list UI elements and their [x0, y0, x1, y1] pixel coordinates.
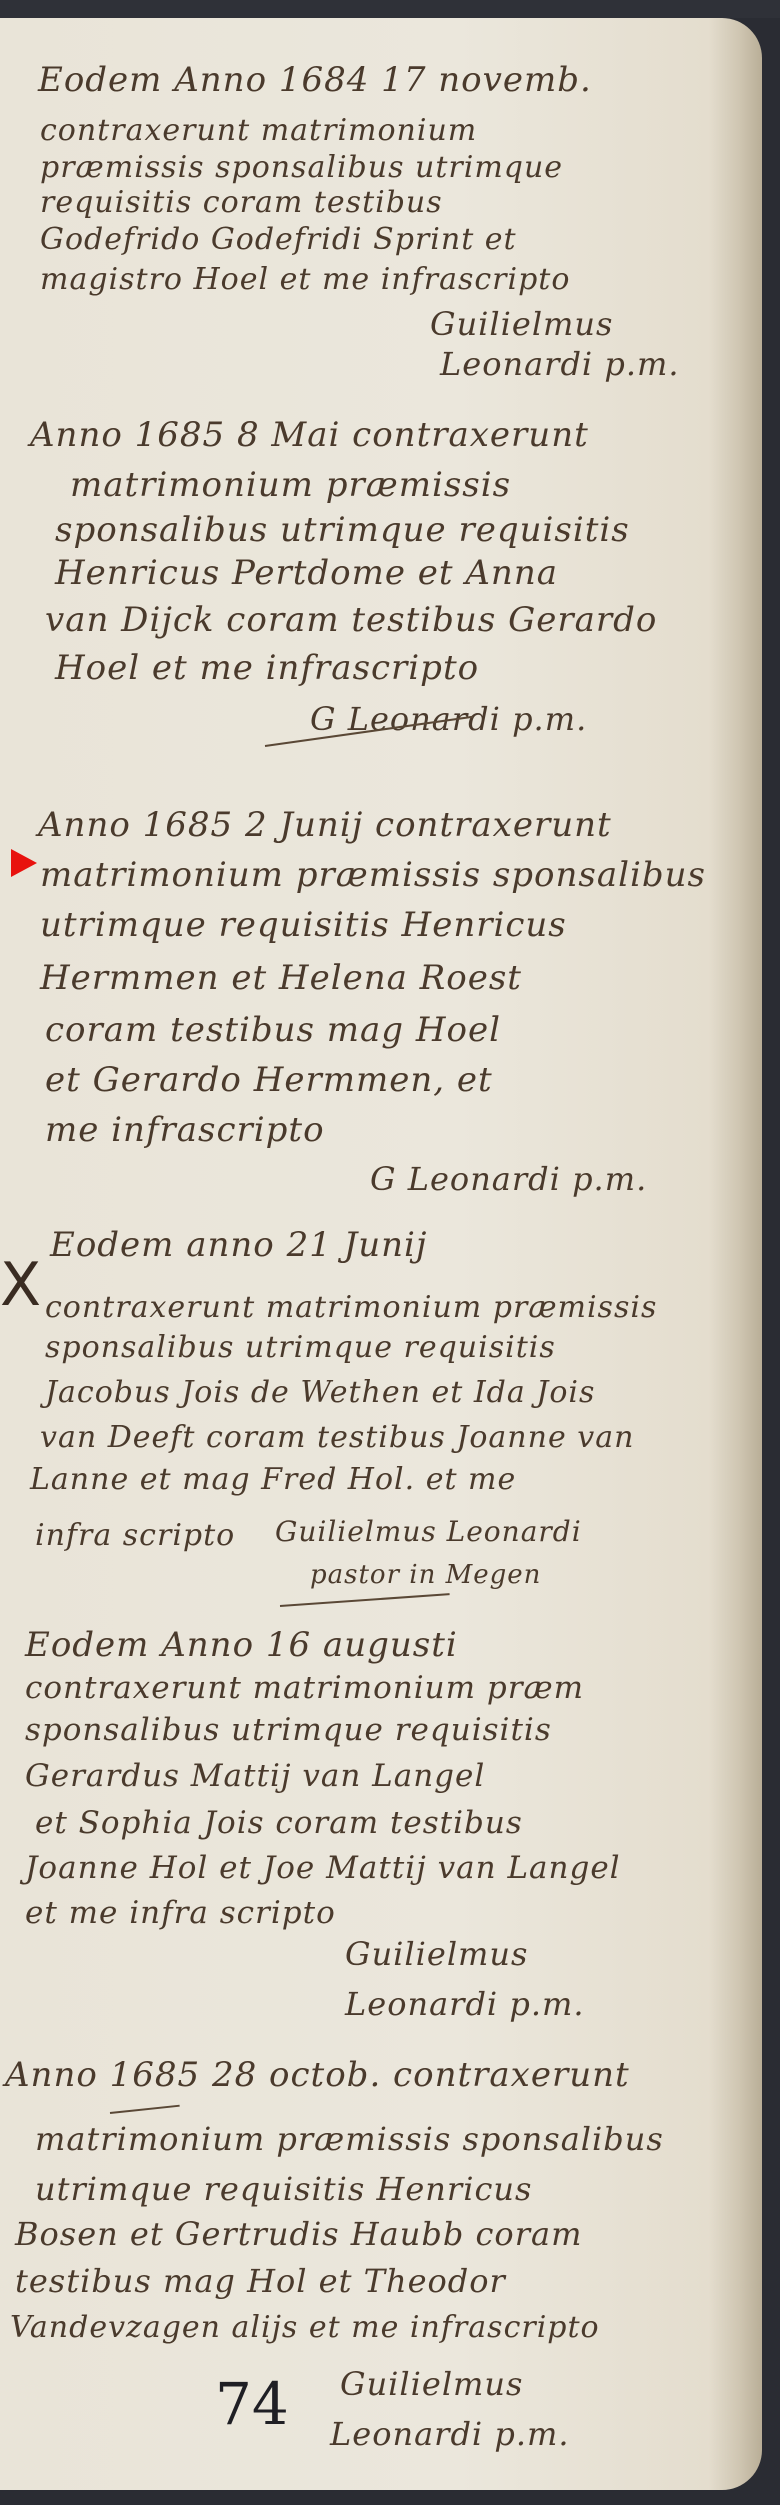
entry-line: sponsalibus utrimque requisitis: [25, 1712, 552, 1748]
signature-line: pastor in Megen: [310, 1560, 541, 1590]
entry-line: matrimonium præmissis sponsalibus: [40, 855, 706, 895]
entry-line: matrimonium præmissis sponsalibus: [35, 2120, 664, 2158]
entry-line: Anno 1685 8 Mai contraxerunt: [30, 415, 589, 455]
entry-line: matrimonium præmissis: [70, 465, 511, 505]
entry-line: Eodem Anno 16 augusti: [25, 1625, 458, 1665]
entry-line: Eodem anno 21 Junij: [50, 1225, 427, 1265]
entry-line: sponsalibus utrimque requisitis: [45, 1330, 556, 1365]
signature-line: Guilielmus: [345, 1935, 528, 1973]
entry-line: Hermmen et Helena Roest: [40, 958, 522, 998]
signature-line: Leonardi p.m.: [345, 1985, 585, 2023]
entry-line: coram testibus mag Hoel: [45, 1010, 501, 1050]
red-marker-arrow: [11, 849, 37, 877]
entry-line: utrimque requisitis Henricus: [40, 905, 567, 945]
entry-line: van Deeft coram testibus Joanne van: [40, 1420, 634, 1455]
entry-line: Jacobus Jois de Wethen et Ida Jois: [45, 1375, 595, 1410]
entry-line: Godefrido Godefridi Sprint et: [40, 222, 517, 257]
signature-line: Leonardi p.m.: [330, 2415, 570, 2453]
signature-line: Leonardi p.m.: [440, 345, 680, 383]
entry-line: et Gerardo Hermmen, et: [45, 1060, 493, 1100]
entry-line: me infrascripto: [45, 1110, 325, 1150]
entry-line: Hoel et me infrascripto: [55, 648, 479, 688]
signature-line: Guilielmus: [430, 305, 613, 343]
entry-line: contraxerunt matrimonium: [40, 113, 477, 148]
entry-line: et me infra scripto: [25, 1895, 336, 1931]
entry-line: magistro Hoel et me infrascripto: [40, 262, 570, 297]
entry-line: contraxerunt matrimonium præmissis: [45, 1290, 657, 1325]
entry-line: præmissis sponsalibus utrimque: [40, 150, 563, 185]
signature-line: G Leonardi p.m.: [370, 1160, 647, 1198]
page-number: 74: [215, 2370, 289, 2438]
entry-line: van Dijck coram testibus Gerardo: [45, 600, 657, 640]
signature-line: Guilielmus Leonardi: [275, 1515, 582, 1548]
entry-line: Anno 1685 28 octob. contraxerunt: [5, 2055, 630, 2095]
scan-background-edge: [0, 0, 780, 18]
entry-line: requisitis coram testibus: [40, 185, 443, 220]
entry-line: testibus mag Hol et Theodor: [15, 2262, 506, 2300]
entry-line: infra scripto: [35, 1518, 235, 1553]
entry-line: Eodem Anno 1684 17 novemb.: [38, 60, 592, 100]
entry-line: Joanne Hol et Joe Mattij van Langel: [25, 1850, 621, 1886]
entry-line: contraxerunt matrimonium præm: [25, 1670, 584, 1706]
entry-line: Gerardus Mattij van Langel: [25, 1758, 485, 1794]
entry-line: Henricus Pertdome et Anna: [55, 553, 558, 593]
entry-line: Lanne et mag Fred Hol. et me: [30, 1462, 516, 1497]
entry-line: utrimque requisitis Henricus: [35, 2170, 532, 2208]
entry-line: et Sophia Jois coram testibus: [35, 1805, 523, 1841]
entry-line: Anno 1685 2 Junij contraxerunt: [38, 805, 612, 845]
margin-cross-mark: X: [0, 1250, 41, 1320]
entry-line: Vandevzagen alijs et me infrascripto: [10, 2310, 600, 2345]
entry-line: sponsalibus utrimque requisitis: [55, 510, 630, 550]
signature-line: Guilielmus: [340, 2365, 523, 2403]
entry-line: Bosen et Gertrudis Haubb coram: [15, 2215, 582, 2253]
